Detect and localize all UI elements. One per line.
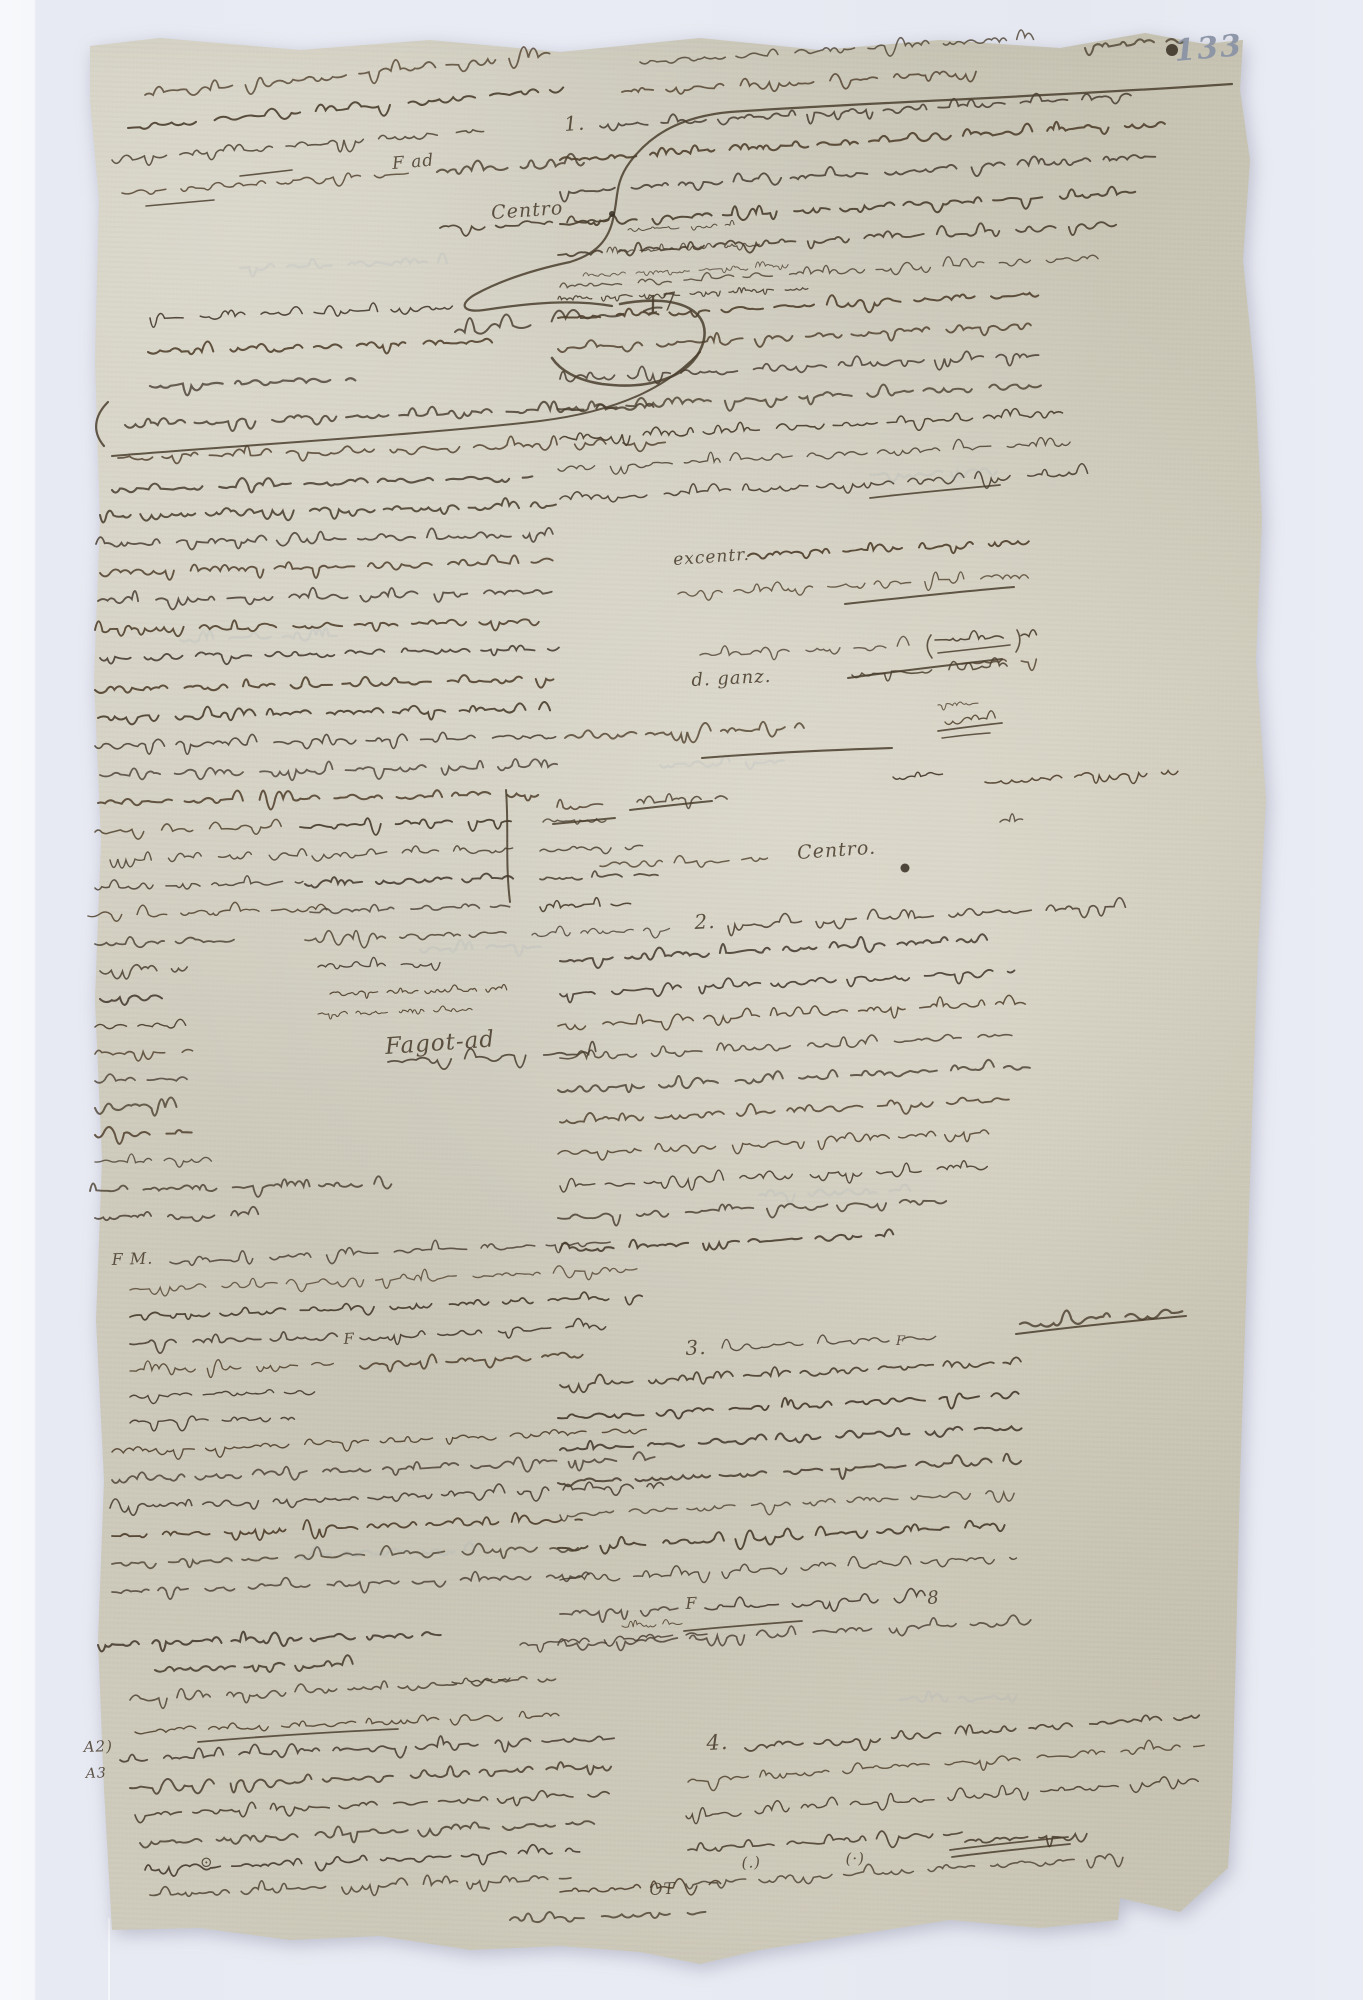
paper-texture	[0, 0, 1363, 2000]
scan-background: 133 F adCentro17Fagot-adF M.F1.2.3.4.exc…	[0, 0, 1363, 2000]
paper-wrapper	[0, 0, 1363, 2000]
